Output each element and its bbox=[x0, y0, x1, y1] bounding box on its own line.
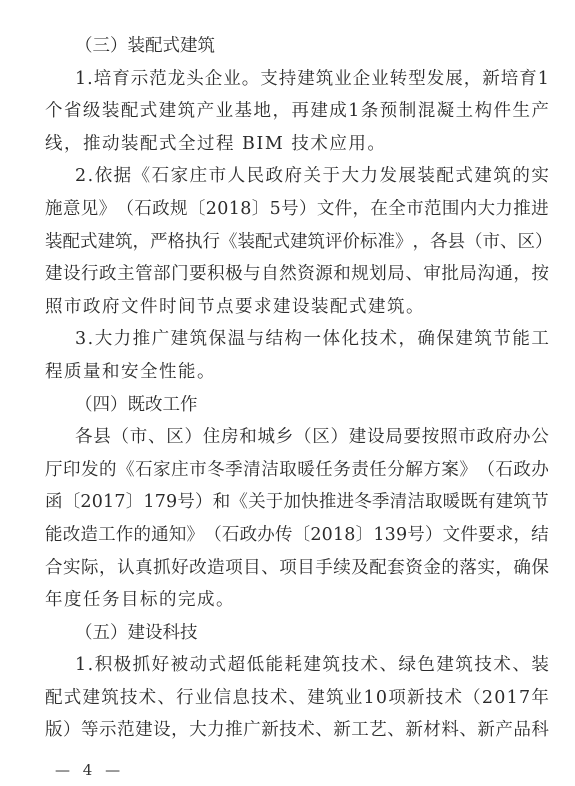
paragraph-line: 建设行政主管部门要积极与自然资源和规划局、审批局沟通，按 bbox=[45, 258, 549, 291]
paragraph-line: 1.积极抓好被动式超低能耗建筑技术、绿色建筑技术、装 bbox=[45, 649, 549, 682]
document-page: （三）装配式建筑 1.培育示范龙头企业。支持建筑业企业转型发展，新培育1 个省级… bbox=[45, 30, 549, 747]
paragraph-line: 装配式建筑，严格执行《装配式建筑评价标准》，各县（市、区） bbox=[45, 226, 549, 259]
paragraph-line: 厅印发的《石家庄市冬季清洁取暖任务责任分解方案》（石政办 bbox=[45, 454, 549, 487]
section-heading-5: （五）建设科技 bbox=[45, 617, 549, 650]
paragraph-5-1: 1.积极抓好被动式超低能耗建筑技术、绿色建筑技术、装 配式建筑技术、行业信息技术… bbox=[45, 649, 549, 747]
paragraph-line: 照市政府文件时间节点要求建设装配式建筑。 bbox=[45, 291, 549, 324]
paragraph-3-3: 3.大力推广建筑保温与结构一体化技术，确保建筑节能工 程质量和安全性能。 bbox=[45, 323, 549, 388]
paragraph-line: 函〔2017〕179号）和《关于加快推进冬季清洁取暖既有建筑节 bbox=[45, 486, 549, 519]
paragraph-line: 个省级装配式建筑产业基地，再建成1条预制混凝土构件生产 bbox=[45, 95, 549, 128]
paragraph-line: 程质量和安全性能。 bbox=[45, 356, 549, 389]
paragraph-line: 版）等示范建设，大力推广新技术、新工艺、新材料、新产品科 bbox=[45, 714, 549, 747]
paragraph-line: 线，推动装配式全过程 BIM 技术应用。 bbox=[45, 128, 549, 161]
paragraph-line: 年度任务目标的完成。 bbox=[45, 584, 549, 617]
section-heading-3: （三）装配式建筑 bbox=[45, 30, 549, 63]
paragraph-line: 2.依据《石家庄市人民政府关于大力发展装配式建筑的实 bbox=[45, 160, 549, 193]
paragraph-line: 施意见》（石政规〔2018〕5号）文件，在全市范围内大力推进 bbox=[45, 193, 549, 226]
paragraph-3-2: 2.依据《石家庄市人民政府关于大力发展装配式建筑的实 施意见》（石政规〔2018… bbox=[45, 160, 549, 323]
paragraph-line: 能改造工作的通知》（石政办传〔2018〕139号）文件要求，结 bbox=[45, 519, 549, 552]
paragraph-line: 各县（市、区）住房和城乡（区）建设局要按照市政府办公 bbox=[45, 421, 549, 454]
paragraph-line: 合实际，认真抓好改造项目、项目手续及配套资金的落实，确保 bbox=[45, 552, 549, 585]
paragraph-line: 配式建筑技术、行业信息技术、建筑业10项新技术（2017年 bbox=[45, 682, 549, 715]
paragraph-3-1: 1.培育示范龙头企业。支持建筑业企业转型发展，新培育1 个省级装配式建筑产业基地… bbox=[45, 63, 549, 161]
paragraph-line: 3.大力推广建筑保温与结构一体化技术，确保建筑节能工 bbox=[45, 323, 549, 356]
paragraph-4-1: 各县（市、区）住房和城乡（区）建设局要按照市政府办公 厅印发的《石家庄市冬季清洁… bbox=[45, 421, 549, 617]
paragraph-line: 1.培育示范龙头企业。支持建筑业企业转型发展，新培育1 bbox=[45, 63, 549, 96]
section-heading-4: （四）既改工作 bbox=[45, 389, 549, 422]
page-number: — 4 — bbox=[55, 761, 124, 779]
